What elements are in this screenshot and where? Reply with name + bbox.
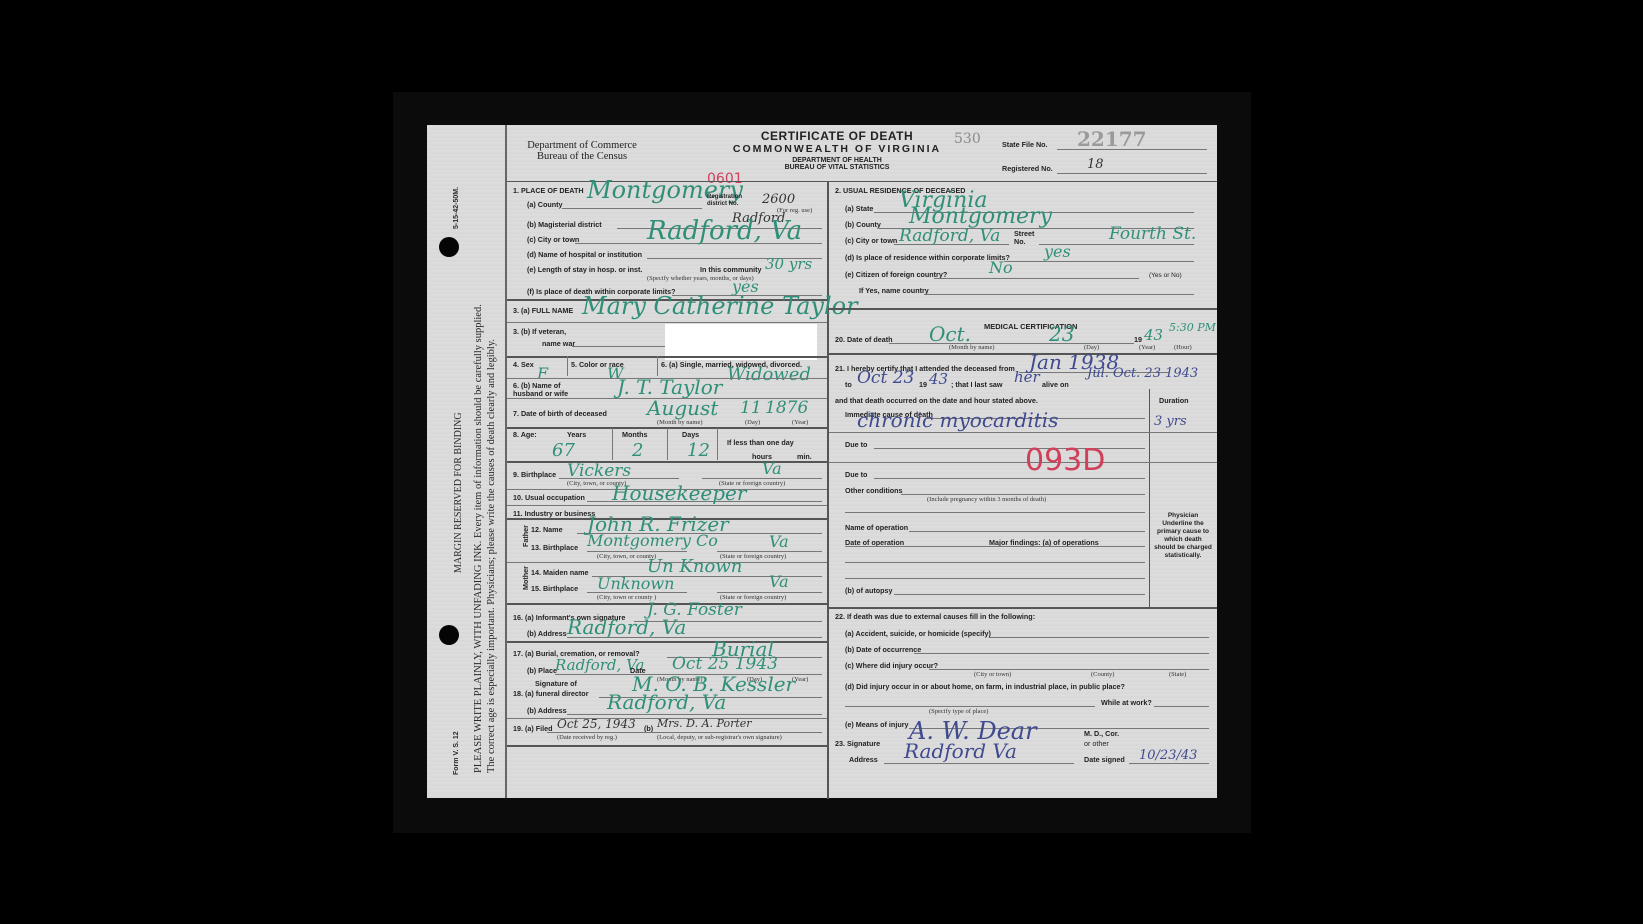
place-type-note: (Specify type of place) bbox=[929, 708, 988, 715]
dob-label: 7. Date of birth of deceased bbox=[513, 409, 607, 418]
director-address-label: (b) Address bbox=[527, 706, 567, 715]
death-hour: 5:30 PM bbox=[1169, 321, 1216, 334]
death-certificate: 5-15-42-50M. Form V. S. 12 MARGIN RESERV… bbox=[427, 125, 1217, 798]
other-conditions-label: Other conditions bbox=[845, 486, 903, 495]
cause-duration: 3 yrs bbox=[1154, 414, 1187, 429]
spouse-label: 6. (b) Name of husband or wife bbox=[513, 382, 573, 398]
date-signed-value: 10/23/43 bbox=[1139, 748, 1197, 763]
death-day: 23 bbox=[1049, 322, 1074, 346]
director-address-value: Radford, Va bbox=[607, 690, 726, 714]
due-to-1-label: Due to bbox=[845, 440, 867, 449]
while-at-work-label: While at work? bbox=[1101, 698, 1152, 707]
print-code: 5-15-42-50M. bbox=[453, 187, 460, 229]
age-months-label: Months bbox=[622, 430, 648, 439]
external-c-label: (c) Where did injury occur? bbox=[845, 661, 938, 670]
redacted-area bbox=[665, 324, 817, 360]
month-by-name-note: (Month by name) bbox=[949, 344, 995, 351]
physician-signature-label: 23. Signature bbox=[835, 739, 880, 748]
alive-on-value: Jul. Oct. 23 1943 bbox=[1087, 366, 1198, 381]
external-b-label: (b) Date of occurrence bbox=[845, 645, 921, 654]
other-conditions-note: (Include pregnancy within 3 months of de… bbox=[927, 496, 1046, 503]
duration-label: Duration bbox=[1159, 396, 1189, 405]
informant-address-value: Radford, Va bbox=[567, 615, 686, 639]
registrar-value: Mrs. D. A. Porter bbox=[657, 717, 752, 730]
min-label: min. bbox=[797, 452, 812, 461]
cause-value: chronic myocarditis bbox=[857, 408, 1058, 432]
autopsy-label: (b) of autopsy bbox=[845, 586, 893, 595]
dob-month: August bbox=[647, 396, 718, 420]
punch-hole-icon bbox=[439, 625, 459, 645]
state-file-label: State File No. bbox=[1002, 140, 1048, 149]
physician-address-label: Address bbox=[849, 755, 878, 764]
mother-birthplace-city: Unknown bbox=[597, 574, 674, 593]
registrar-note: (Local, deputy, or sub-registrar's own s… bbox=[657, 734, 782, 741]
war-label: name war bbox=[542, 339, 575, 348]
full-name-value: Mary Catherine Taylor bbox=[582, 292, 858, 320]
form-number: Form V. S. 12 bbox=[453, 731, 460, 775]
father-tag: Father bbox=[521, 525, 530, 547]
date-signed-label: Date signed bbox=[1084, 755, 1125, 764]
county-label: (a) County bbox=[527, 200, 563, 209]
director-signature-label: Signature of bbox=[535, 679, 577, 688]
dob-year: 1876 bbox=[765, 398, 808, 418]
age-days-label: Days bbox=[682, 430, 699, 439]
mother-tag: Mother bbox=[521, 566, 530, 590]
last-saw-value: her bbox=[1014, 368, 1040, 386]
operation-label: Name of operation bbox=[845, 523, 908, 532]
age-years-value: 67 bbox=[552, 440, 575, 461]
age-years-label: Years bbox=[567, 430, 586, 439]
commonwealth-label: COMMONWEALTH OF VIRGINIA bbox=[707, 143, 967, 155]
informant-address-label: (b) Address bbox=[527, 629, 567, 638]
external-e-label: (e) Means of injury bbox=[845, 720, 909, 729]
residence-limits-value: yes bbox=[1044, 242, 1071, 261]
dept-commerce: Department of Commerce bbox=[517, 140, 647, 151]
age-days-value: 12 bbox=[687, 440, 710, 461]
last-saw-label: ; that I last saw bbox=[951, 380, 1003, 389]
dept-health: DEPARTMENT OF HEALTH bbox=[707, 157, 967, 164]
to-year-value: 43 bbox=[929, 370, 948, 388]
certificate-form: 1. PLACE OF DEATH (a) County Montgomery … bbox=[507, 181, 1217, 799]
external-d-label: (d) Did injury occur in or about home, o… bbox=[845, 682, 1125, 691]
hour-note: (Hour) bbox=[1174, 344, 1192, 351]
magisterial-label: (b) Magisterial district bbox=[527, 220, 602, 229]
full-name-label: 3. (a) FULL NAME bbox=[513, 306, 573, 315]
alive-on-label: alive on bbox=[1042, 380, 1069, 389]
age-months-value: 2 bbox=[632, 440, 643, 461]
certificate-header: Department of Commerce Bureau of the Cen… bbox=[507, 125, 1217, 181]
birthplace-city: Vickers bbox=[567, 461, 631, 481]
registered-label: Registered No. bbox=[1002, 164, 1053, 173]
residence-county-label: (b) County bbox=[845, 220, 881, 229]
filed-note: (Date received by reg.) bbox=[557, 734, 617, 741]
death-year: 43 bbox=[1144, 326, 1163, 344]
month-by-name-note: (Month by name) bbox=[657, 419, 703, 426]
external-a-label: (a) Accident, suicide, or homicide (spec… bbox=[845, 629, 991, 638]
street-label: Street No. bbox=[1014, 230, 1034, 246]
cause-code-red: 093D bbox=[1025, 443, 1105, 478]
mother-birthplace-state: Va bbox=[769, 572, 789, 591]
bureau-vital-stats: BUREAU OF VITAL STATISTICS bbox=[707, 164, 967, 171]
stated-above-text: and that death occurred on the date and … bbox=[835, 396, 1038, 405]
occupation-label: 10. Usual occupation bbox=[513, 493, 585, 502]
residence-state-label: (a) State bbox=[845, 204, 873, 213]
reg-district-label: Registration district No. bbox=[707, 194, 762, 208]
margin-note: 530 bbox=[954, 131, 981, 147]
industry-label: 11. Industry or business bbox=[513, 509, 595, 518]
instruction-line-2: The correct age is especially important.… bbox=[486, 339, 497, 773]
place-of-death-heading: 1. PLACE OF DEATH bbox=[513, 186, 584, 195]
birthplace-label: 9. Birthplace bbox=[513, 470, 556, 479]
binding-note: MARGIN RESERVED FOR BINDING bbox=[453, 412, 464, 573]
to-label: to bbox=[845, 380, 852, 389]
father-birthplace-city: Montgomery Co bbox=[587, 531, 718, 550]
sex-label: 4. Sex bbox=[513, 360, 534, 369]
birthplace-state: Va bbox=[762, 459, 782, 478]
md-label: M. D., Cor. bbox=[1084, 729, 1119, 738]
reg-district-value: 2600 bbox=[762, 192, 795, 207]
veteran-label: 3. (b) If veteran, bbox=[513, 327, 566, 336]
country-label: If Yes, name country bbox=[859, 286, 929, 295]
citizen-value: No bbox=[989, 258, 1013, 277]
hospital-label: (d) Name of hospital or institution bbox=[527, 250, 642, 259]
death-year-prefix: 19 bbox=[1134, 335, 1142, 344]
burial-date-value: Oct 25 1943 bbox=[672, 654, 778, 674]
county-note: (County) bbox=[1091, 671, 1114, 678]
mother-birthplace-label: 15. Birthplace bbox=[531, 584, 578, 593]
mother-maiden-label: 14. Maiden name bbox=[531, 568, 589, 577]
father-birthplace-state: Va bbox=[769, 532, 789, 551]
physician-address-value: Radford Va bbox=[904, 739, 1017, 763]
father-name-label: 12. Name bbox=[531, 525, 563, 534]
father-birthplace-label: 13. Birthplace bbox=[531, 543, 578, 552]
registered-number: 18 bbox=[1087, 157, 1104, 172]
bureau-census: Bureau of the Census bbox=[517, 151, 647, 162]
external-causes-heading: 22. If death was due to external causes … bbox=[835, 612, 1035, 621]
year-note: (Year) bbox=[792, 419, 808, 426]
to-year-prefix: 19 bbox=[919, 380, 927, 389]
death-month: Oct. bbox=[929, 322, 971, 346]
street-value: Fourth St. bbox=[1109, 224, 1196, 244]
year-note: (Year) bbox=[1139, 344, 1155, 351]
filed-date-value: Oct 25, 1943 bbox=[557, 717, 636, 731]
medical-certification: 2. USUAL RESIDENCE OF DECEASED (a) State… bbox=[829, 182, 1217, 799]
occupation-value: Housekeeper bbox=[612, 481, 746, 505]
instruction-line-1: PLEASE WRITE PLAINLY, WITH UNFADING INK.… bbox=[473, 304, 484, 773]
dob-day: 11 bbox=[740, 398, 762, 418]
day-note: (Day) bbox=[745, 419, 760, 426]
punch-hole-icon bbox=[439, 237, 459, 257]
yes-no-note: (Yes or No) bbox=[1149, 272, 1182, 279]
age-label: 8. Age: bbox=[513, 430, 537, 439]
certificate-title: CERTIFICATE OF DEATH bbox=[707, 129, 967, 143]
citizen-label: (e) Citizen of foreign country? bbox=[845, 270, 947, 279]
physician-note: Physician Underline the primary cause to… bbox=[1154, 512, 1212, 560]
burial-place-label: (b) Place bbox=[527, 666, 557, 675]
due-to-2-label: Due to bbox=[845, 470, 867, 479]
residence-city-value: Radford, Va bbox=[899, 226, 1000, 246]
marital-value: Widowed bbox=[727, 364, 811, 385]
community-value: 30 yrs bbox=[765, 255, 812, 273]
city-note: (City or town) bbox=[974, 671, 1011, 678]
less-than-day-label: If less than one day bbox=[727, 438, 794, 447]
residence-limits-label: (d) Is place of residence within corpora… bbox=[845, 253, 1010, 262]
or-other-label: or other bbox=[1084, 739, 1109, 748]
death-date-label: 20. Date of death bbox=[835, 335, 893, 344]
stay-label: (e) Length of stay in hosp. or inst. bbox=[527, 265, 642, 274]
residence-city-label: (c) City or town bbox=[845, 236, 897, 245]
binding-margin: 5-15-42-50M. Form V. S. 12 MARGIN RESERV… bbox=[427, 125, 507, 798]
attended-to-value: Oct 23 bbox=[857, 368, 914, 388]
personal-particulars: 1. PLACE OF DEATH (a) County Montgomery … bbox=[507, 182, 829, 799]
state-file-number: 22177 bbox=[1077, 127, 1147, 151]
city-label: (c) City or town bbox=[527, 235, 579, 244]
death-city-value: Radford, Va bbox=[647, 216, 802, 246]
funeral-director-label: 18. (a) funeral director bbox=[513, 689, 589, 698]
state-note: (State) bbox=[1169, 671, 1186, 678]
community-label: In this community bbox=[700, 265, 762, 274]
